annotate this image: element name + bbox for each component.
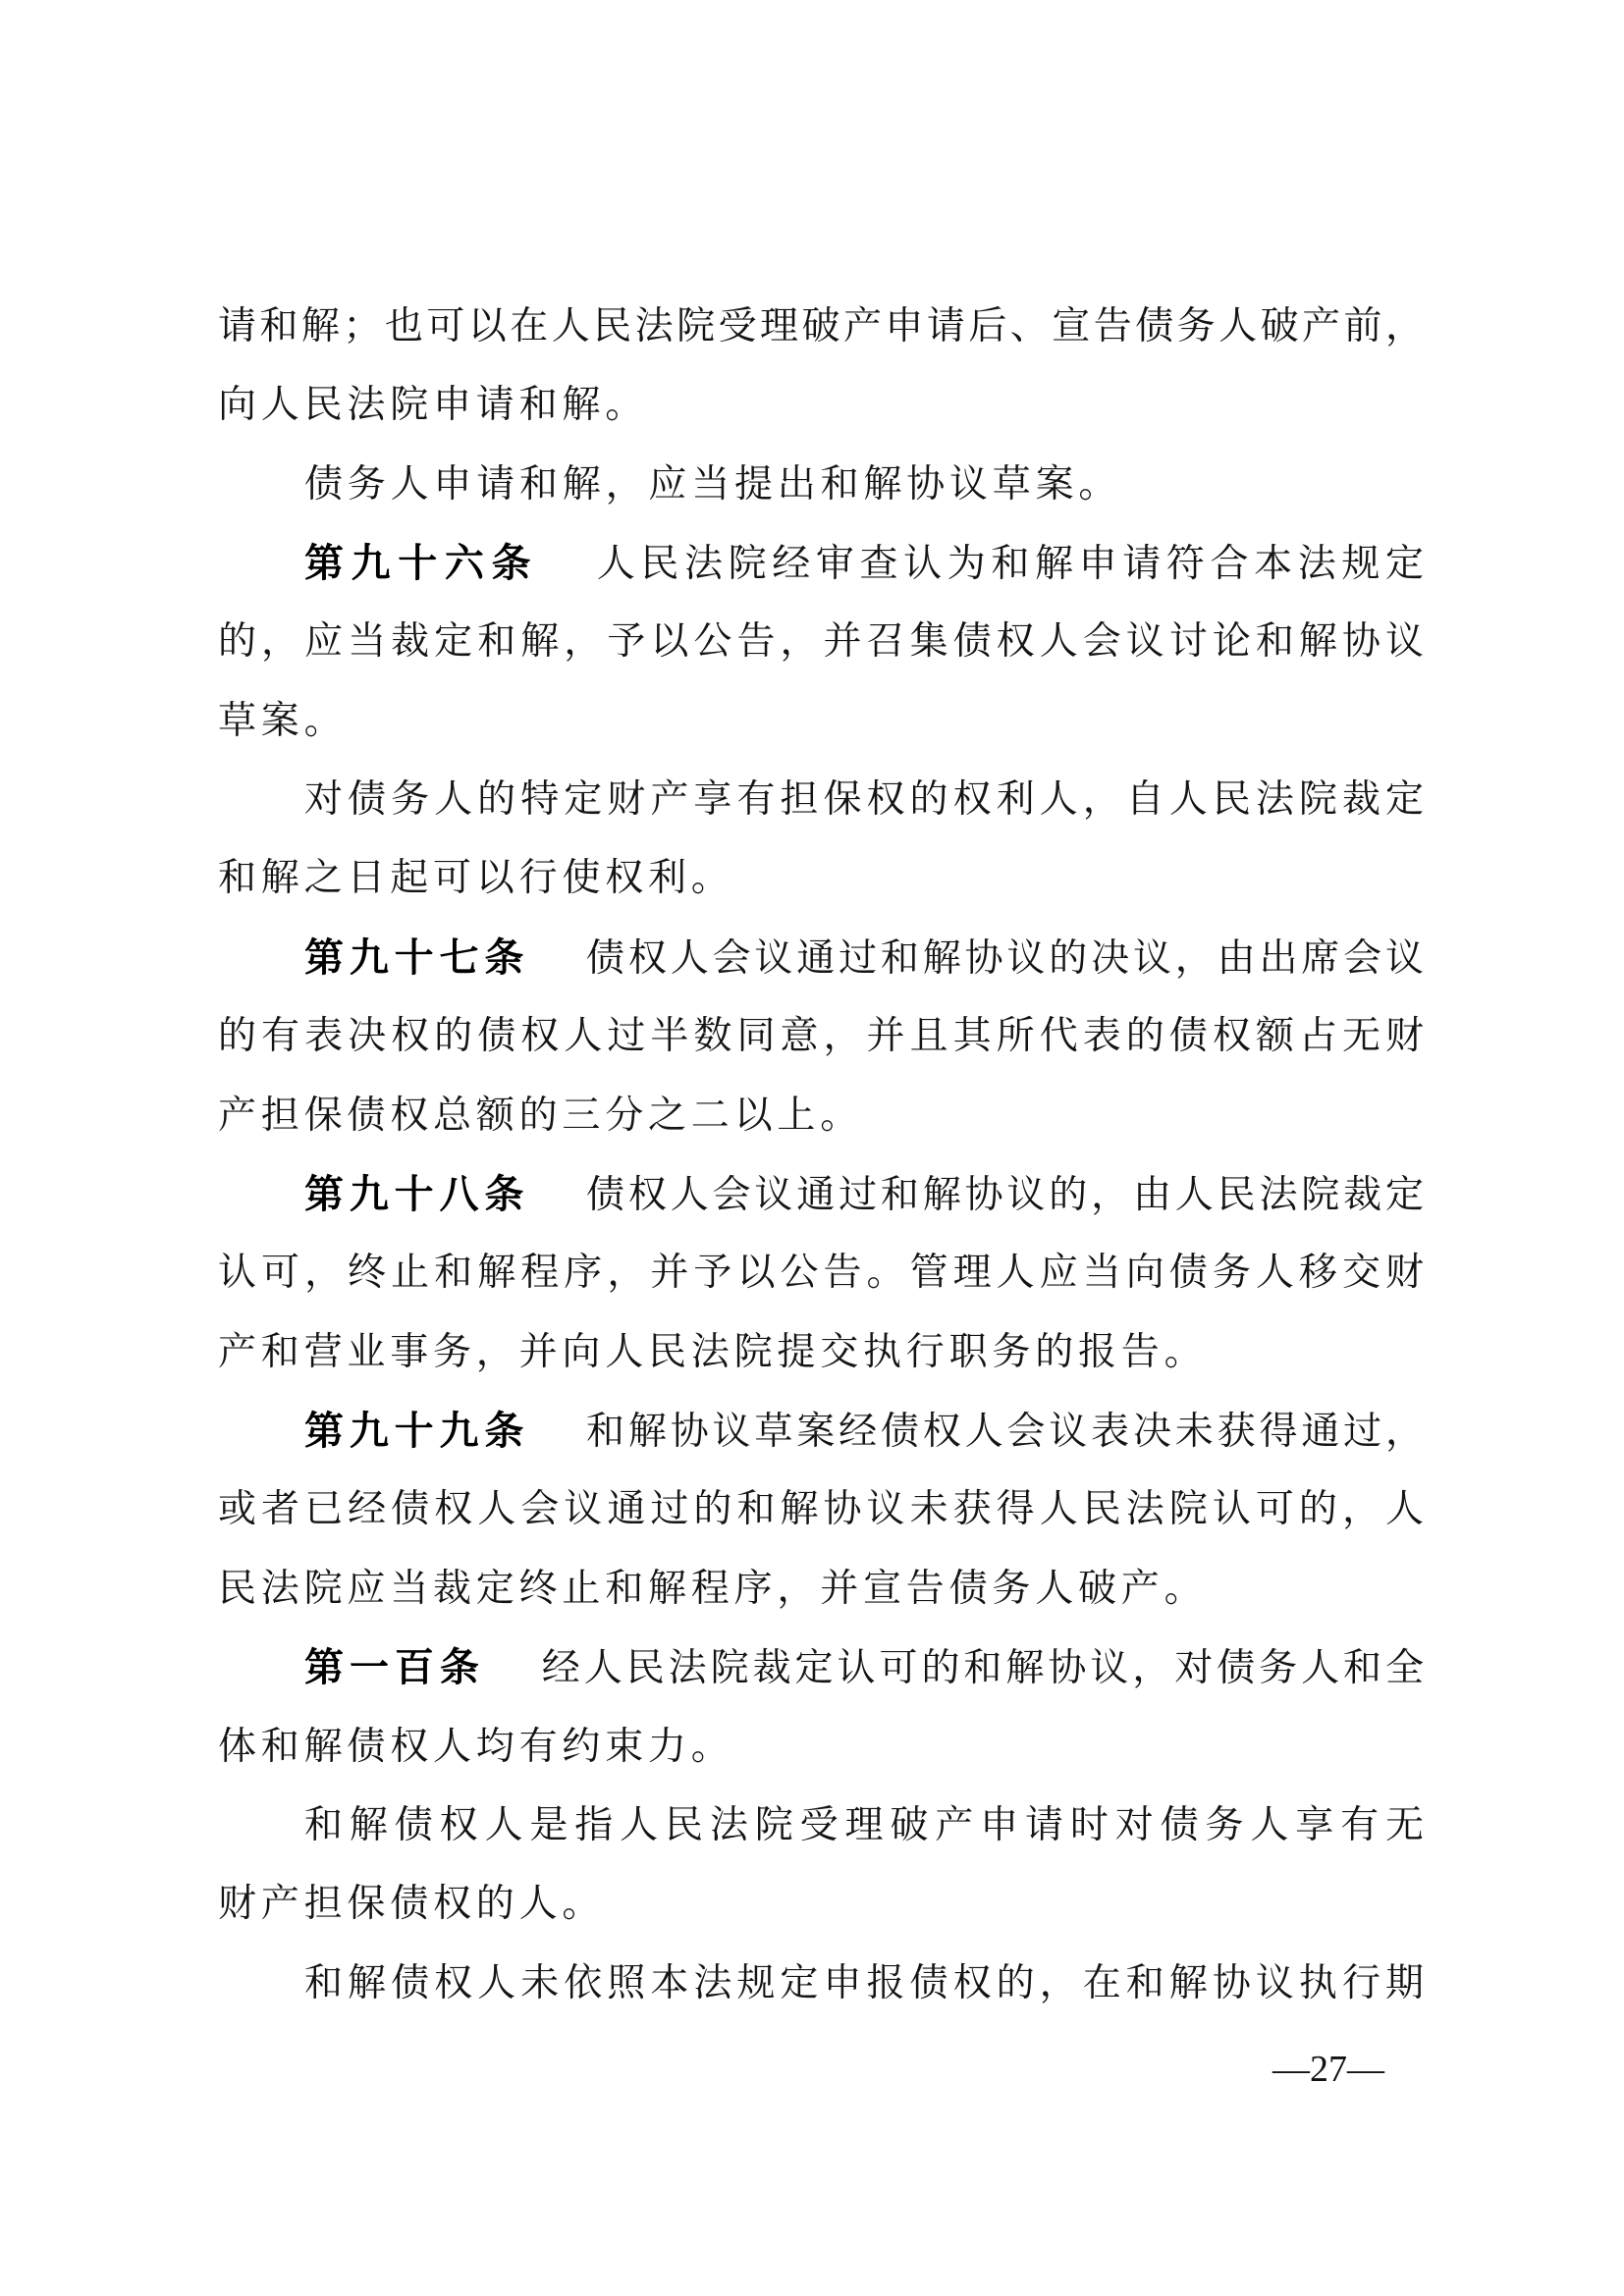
paragraph-first-line: 和解债权人未依照本法规定申报债权的，在和解协议执行期 bbox=[218, 1960, 1424, 2007]
article-heading: 第一百条 bbox=[304, 1645, 485, 1690]
body-text: 和解债权人是指人民法院受理破产申请时对债务人享有无 bbox=[304, 1803, 1424, 1847]
article-heading: 第九十九条 bbox=[304, 1409, 529, 1454]
article-100-first-line: 第一百条经人民法院裁定认可的和解协议，对债务人和全 bbox=[218, 1644, 1424, 1691]
text-line: 认可，终止和解程序，并予以公告。管理人应当向债务人移交财 bbox=[218, 1250, 1424, 1297]
body-text: 人民法院经审查认为和解申请符合本法规定 bbox=[591, 542, 1424, 586]
article-96-first-line: 第九十六条人民法院经审查认为和解申请符合本法规定 bbox=[218, 540, 1424, 587]
text-line: 的，应当裁定和解，予以公告，并召集债权人会议讨论和解协议 bbox=[218, 618, 1424, 666]
body-text: 民法院应当裁定终止和解程序，并宣告债务人破产。 bbox=[218, 1567, 1207, 1611]
page-number: —27— bbox=[1272, 2050, 1384, 2089]
body-text: 和解之日起可以行使权利。 bbox=[218, 856, 734, 900]
article-heading: 第九十七条 bbox=[304, 935, 529, 981]
body-text: 请和解；也可以在人民法院受理破产申请后、宣告债务人破产前， bbox=[218, 304, 1424, 348]
paragraph-first-line: 和解债权人是指人民法院受理破产申请时对债务人享有无 bbox=[218, 1802, 1424, 1849]
body-text: 体和解债权人均有约束力。 bbox=[218, 1725, 734, 1769]
text-line: 或者已经债权人会议通过的和解协议未获得人民法院认可的，人 bbox=[218, 1486, 1424, 1533]
article-heading: 第九十六条 bbox=[304, 541, 538, 586]
text-line: 体和解债权人均有约束力。 bbox=[218, 1724, 1424, 1771]
body-text: 经人民法院裁定认可的和解协议，对债务人和全 bbox=[538, 1646, 1424, 1690]
paragraph-first-line: 债务人申请和解，应当提出和解协议草案。 bbox=[218, 461, 1424, 508]
body-text: 产和营业事务，并向人民法院提交执行职务的报告。 bbox=[218, 1330, 1207, 1374]
body-text: 的有表决权的债权人过半数同意，并且其所代表的债权额占无财 bbox=[218, 1014, 1424, 1058]
body-text: 和解债权人未依照本法规定申报债权的，在和解协议执行期 bbox=[304, 1961, 1424, 2005]
body-text: 认可，终止和解程序，并予以公告。管理人应当向债务人移交财 bbox=[218, 1251, 1424, 1295]
article-98-first-line: 第九十八条债权人会议通过和解协议的，由人民法院裁定 bbox=[218, 1171, 1424, 1218]
text-line: 产和营业事务，并向人民法院提交执行职务的报告。 bbox=[218, 1329, 1424, 1376]
body-text: 财产担保债权的人。 bbox=[218, 1882, 605, 1926]
text-line: 民法院应当裁定终止和解程序，并宣告债务人破产。 bbox=[218, 1566, 1424, 1613]
article-97-first-line: 第九十七条债权人会议通过和解协议的决议，由出席会议 bbox=[218, 934, 1424, 982]
body-text: 的，应当裁定和解，予以公告，并召集债权人会议讨论和解协议 bbox=[218, 619, 1424, 664]
text-line: 的有表决权的债权人过半数同意，并且其所代表的债权额占无财 bbox=[218, 1013, 1424, 1060]
body-text: 债权人会议通过和解协议的决议，由出席会议 bbox=[582, 936, 1424, 981]
article-heading: 第九十八条 bbox=[304, 1172, 529, 1217]
paragraph-first-line: 对债务人的特定财产享有担保权的权利人，自人民法院裁定 bbox=[218, 776, 1424, 824]
article-99-first-line: 第九十九条和解协议草案经债权人会议表决未获得通过， bbox=[218, 1408, 1424, 1455]
body-text: 向人民法院申请和解。 bbox=[218, 383, 648, 427]
body-text: 对债务人的特定财产享有担保权的权利人，自人民法院裁定 bbox=[304, 777, 1424, 822]
body-text: 草案。 bbox=[218, 699, 347, 743]
body-text: 和解协议草案经债权人会议表决未获得通过， bbox=[582, 1410, 1424, 1454]
document-page: 请和解；也可以在人民法院受理破产申请后、宣告债务人破产前， 向人民法院申请和解。… bbox=[0, 0, 1624, 2296]
text-line: 和解之日起可以行使权利。 bbox=[218, 855, 1424, 902]
body-text: 债权人会议通过和解协议的，由人民法院裁定 bbox=[582, 1173, 1424, 1217]
text-line: 草案。 bbox=[218, 698, 1424, 745]
text-line: 产担保债权总额的三分之二以上。 bbox=[218, 1093, 1424, 1140]
text-line: 财产担保债权的人。 bbox=[218, 1881, 1424, 1928]
body-text: 债务人申请和解，应当提出和解协议草案。 bbox=[304, 462, 1121, 507]
text-line: 向人民法院申请和解。 bbox=[218, 382, 1424, 429]
body-text: 产担保债权总额的三分之二以上。 bbox=[218, 1094, 863, 1138]
body-text: 或者已经债权人会议通过的和解协议未获得人民法院认可的，人 bbox=[218, 1487, 1424, 1531]
text-line: 请和解；也可以在人民法院受理破产申请后、宣告债务人破产前， bbox=[218, 303, 1424, 350]
